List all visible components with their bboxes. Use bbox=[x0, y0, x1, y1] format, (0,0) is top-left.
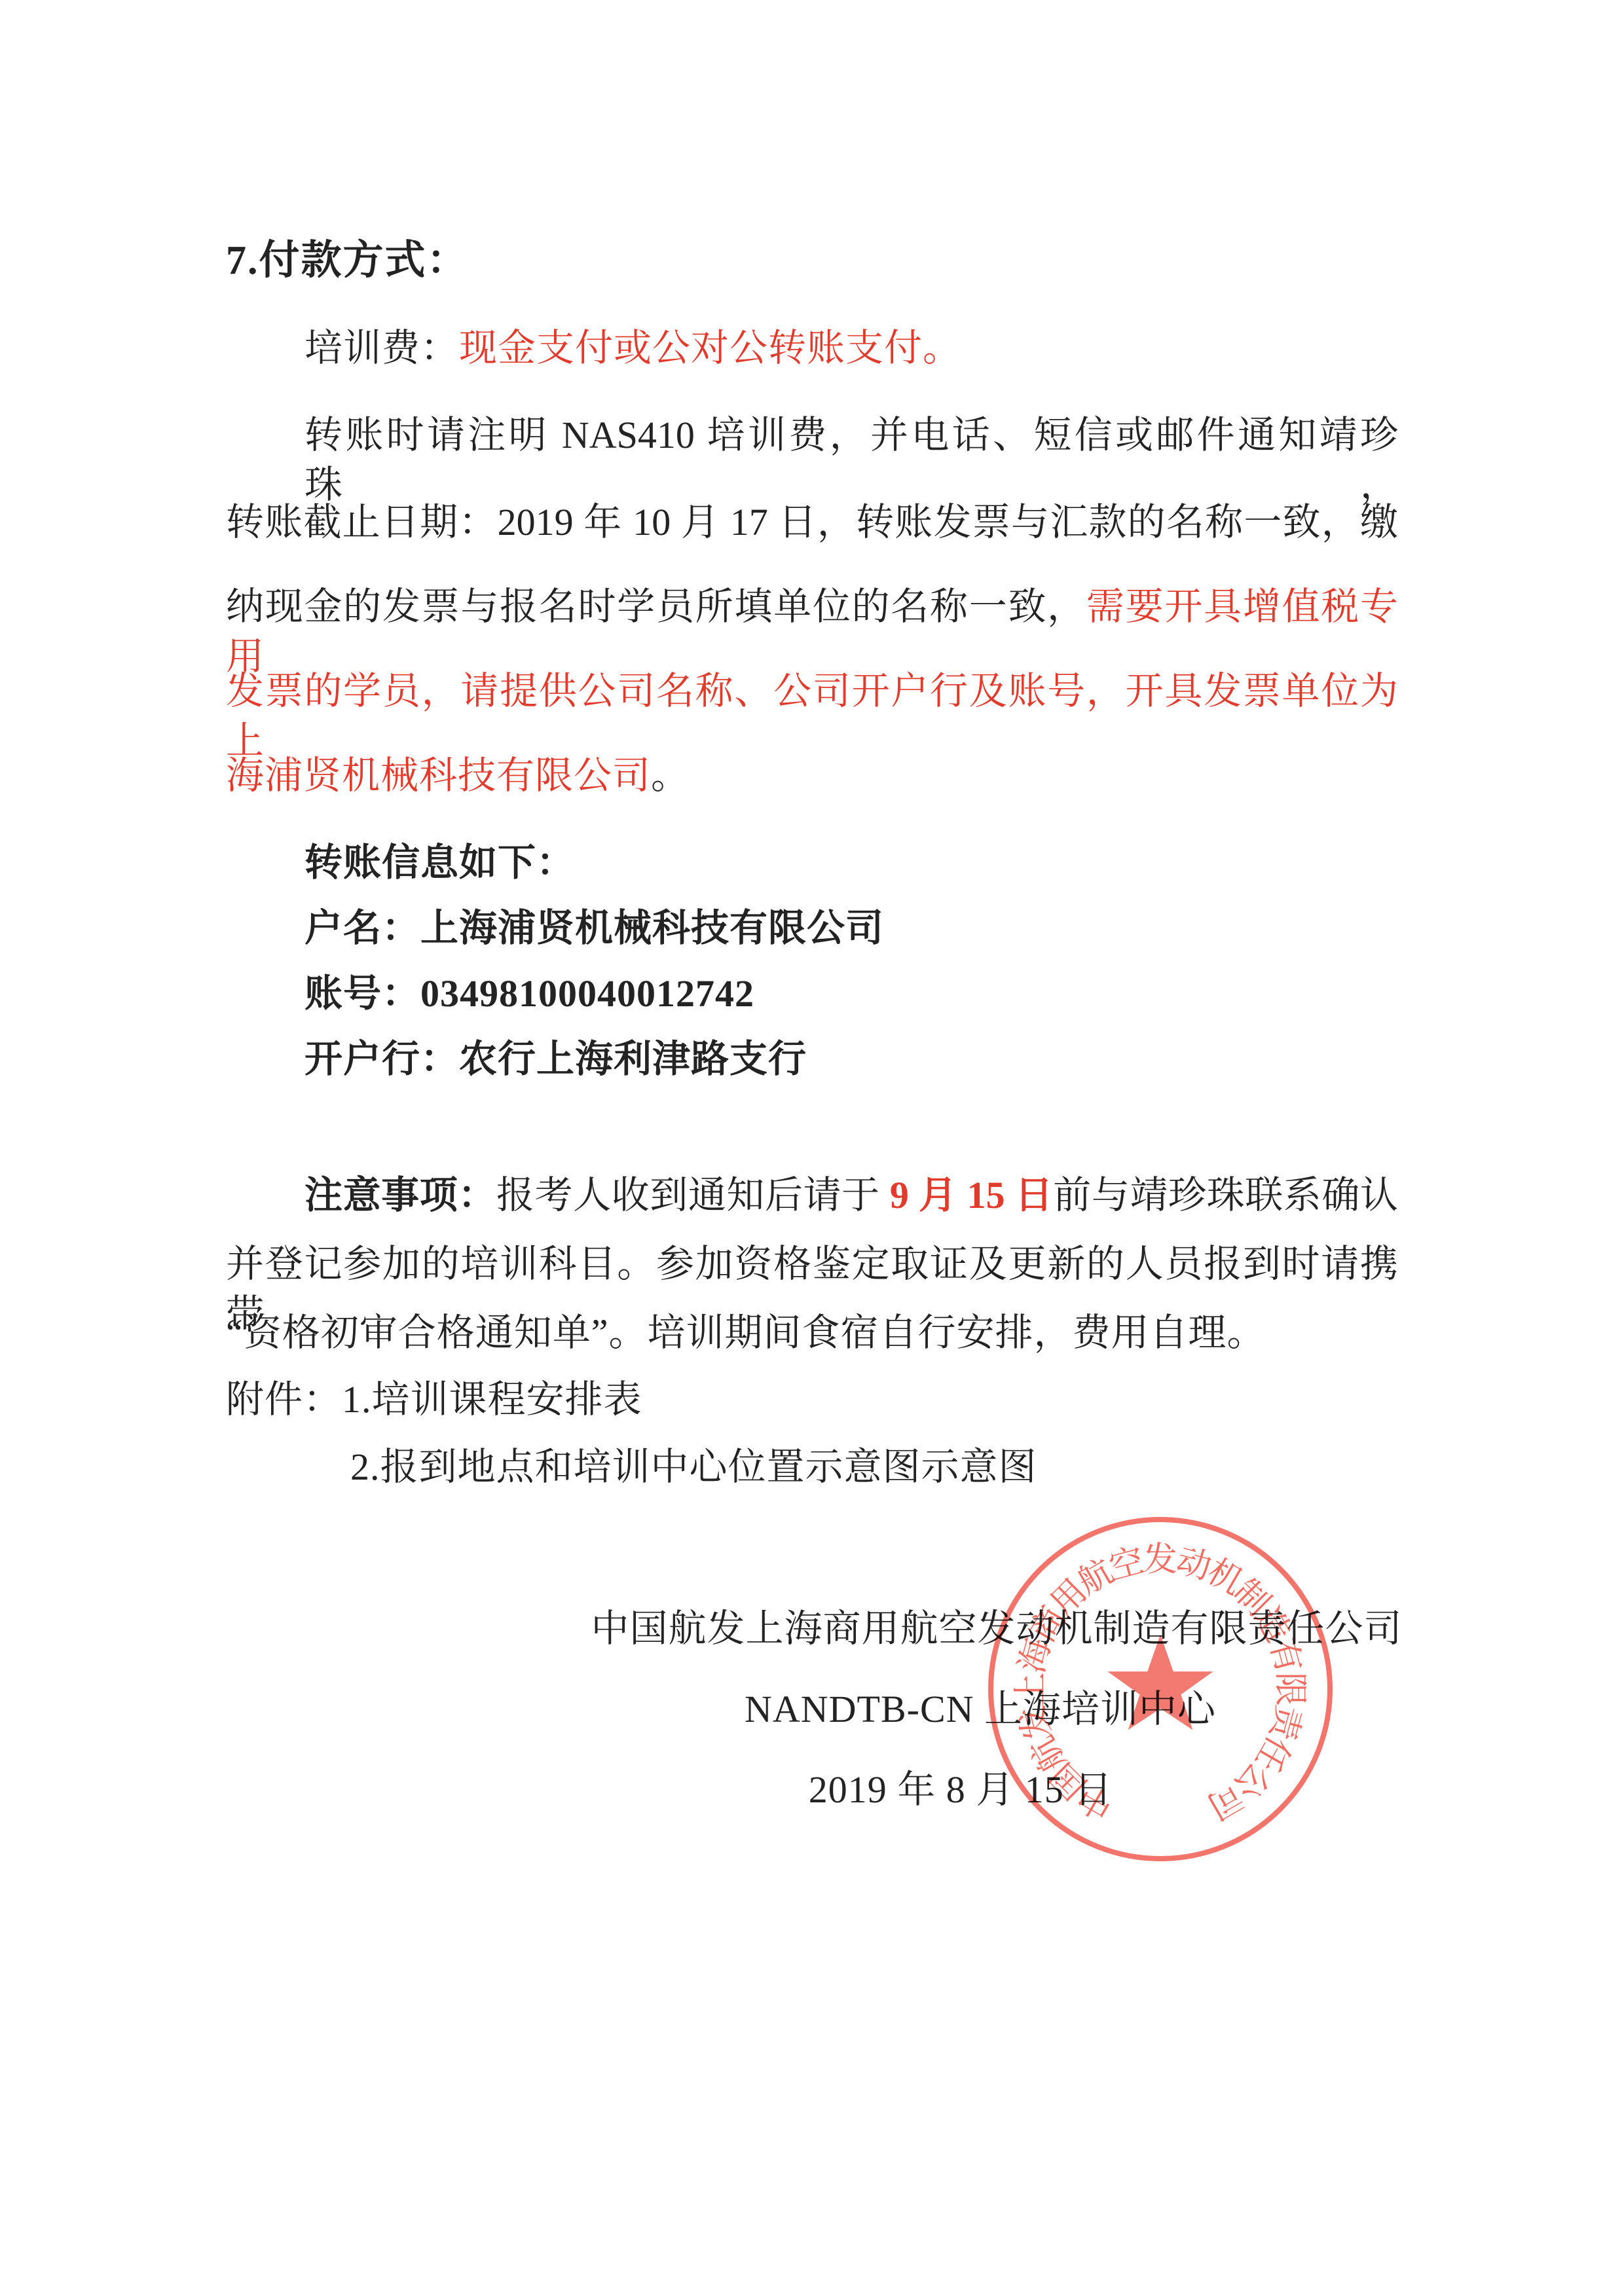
notes-before-date: 报考人收到通知后请于 bbox=[496, 1174, 890, 1216]
transfer-paragraph-line5: 海浦贤机械科技有限公司。 bbox=[226, 751, 690, 801]
attachments-line1-text: 附件：1.培训课程安排表 bbox=[226, 1378, 642, 1421]
company-seal: 中国航发上海商用航空发动机制造有限责任公司 bbox=[988, 1517, 1333, 1861]
transfer-line5-red: 海浦贤机械科技有限公司 bbox=[226, 754, 651, 797]
account-name-text: 户名：上海浦贤机械科技有限公司 bbox=[304, 907, 884, 949]
section-heading: 7.付款方式： bbox=[226, 236, 469, 285]
star-icon bbox=[1105, 1635, 1215, 1740]
account-number-line: 账号：03498100040012742 bbox=[304, 969, 754, 1019]
fee-label: 培训费： bbox=[304, 327, 459, 369]
attachments-line1: 附件：1.培训课程安排表 bbox=[226, 1375, 642, 1425]
section-heading-text: 7.付款方式： bbox=[226, 238, 469, 283]
attachments-line2-text: 2.报到地点和培训中心位置示意图示意图 bbox=[350, 1446, 1037, 1488]
seal-arc-char: 发 bbox=[1143, 1532, 1177, 1581]
notes-label: 注意事项： bbox=[304, 1174, 496, 1216]
transfer-line3-black: 纳现金的发票与报名时学员所填单位的名称一致， bbox=[226, 585, 1086, 628]
transfer-line2-text: 转账截止日期：2019 年 10 月 17 日，转账发票与汇款的名称一致，缴 bbox=[226, 501, 1398, 543]
fee-line: 培训费：现金支付或公对公转账支付。 bbox=[304, 323, 961, 373]
bank-line: 开户行：农行上海利津路支行 bbox=[304, 1034, 807, 1084]
attachments-line2: 2.报到地点和培训中心位置示意图示意图 bbox=[350, 1442, 1037, 1492]
transfer-line5-period: 。 bbox=[651, 754, 690, 797]
transfer-paragraph-line1: 转账时请注明 NAS410 培训费，并电话、短信或邮件通知靖珍珠， bbox=[304, 410, 1398, 510]
seal-arc-char: 上 bbox=[1003, 1672, 1052, 1706]
transfer-line4-red: 发票的学员，请提供公司名称、公司开户行及账号，开具发票单位为上 bbox=[226, 670, 1398, 762]
document-page: 7.付款方式： 培训费：现金支付或公对公转账支付。 转账时请注明 NAS410 … bbox=[0, 0, 1624, 2296]
transfer-info-title: 转账信息如下： bbox=[304, 838, 575, 888]
notes-line3-text: “资格初审合格通知单”。培训期间食宿自行安排，费用自理。 bbox=[226, 1311, 1266, 1354]
account-name-line: 户名：上海浦贤机械科技有限公司 bbox=[304, 903, 884, 953]
account-number-text: 账号：03498100040012742 bbox=[304, 972, 754, 1015]
transfer-info-title-text: 转账信息如下： bbox=[304, 841, 575, 884]
notes-line1: 注意事项：报考人收到通知后请于 9 月 15 日前与靖珍珠联系确认 bbox=[304, 1171, 1398, 1220]
transfer-line1-text: 转账时请注明 NAS410 培训费，并电话、短信或邮件通知靖珍珠， bbox=[304, 414, 1398, 506]
fee-value: 现金支付或公对公转账支付。 bbox=[459, 327, 961, 369]
bank-text: 开户行：农行上海利津路支行 bbox=[304, 1038, 807, 1080]
notes-after-date: 前与靖珍珠联系确认 bbox=[1053, 1174, 1398, 1216]
notes-line3: “资格初审合格通知单”。培训期间食宿自行安排，费用自理。 bbox=[226, 1308, 1266, 1358]
transfer-paragraph-line2: 转账截止日期：2019 年 10 月 17 日，转账发票与汇款的名称一致，缴 bbox=[226, 498, 1398, 547]
notes-date: 9 月 15 日 bbox=[890, 1174, 1053, 1216]
seal-arc-char: 限 bbox=[1269, 1672, 1318, 1706]
